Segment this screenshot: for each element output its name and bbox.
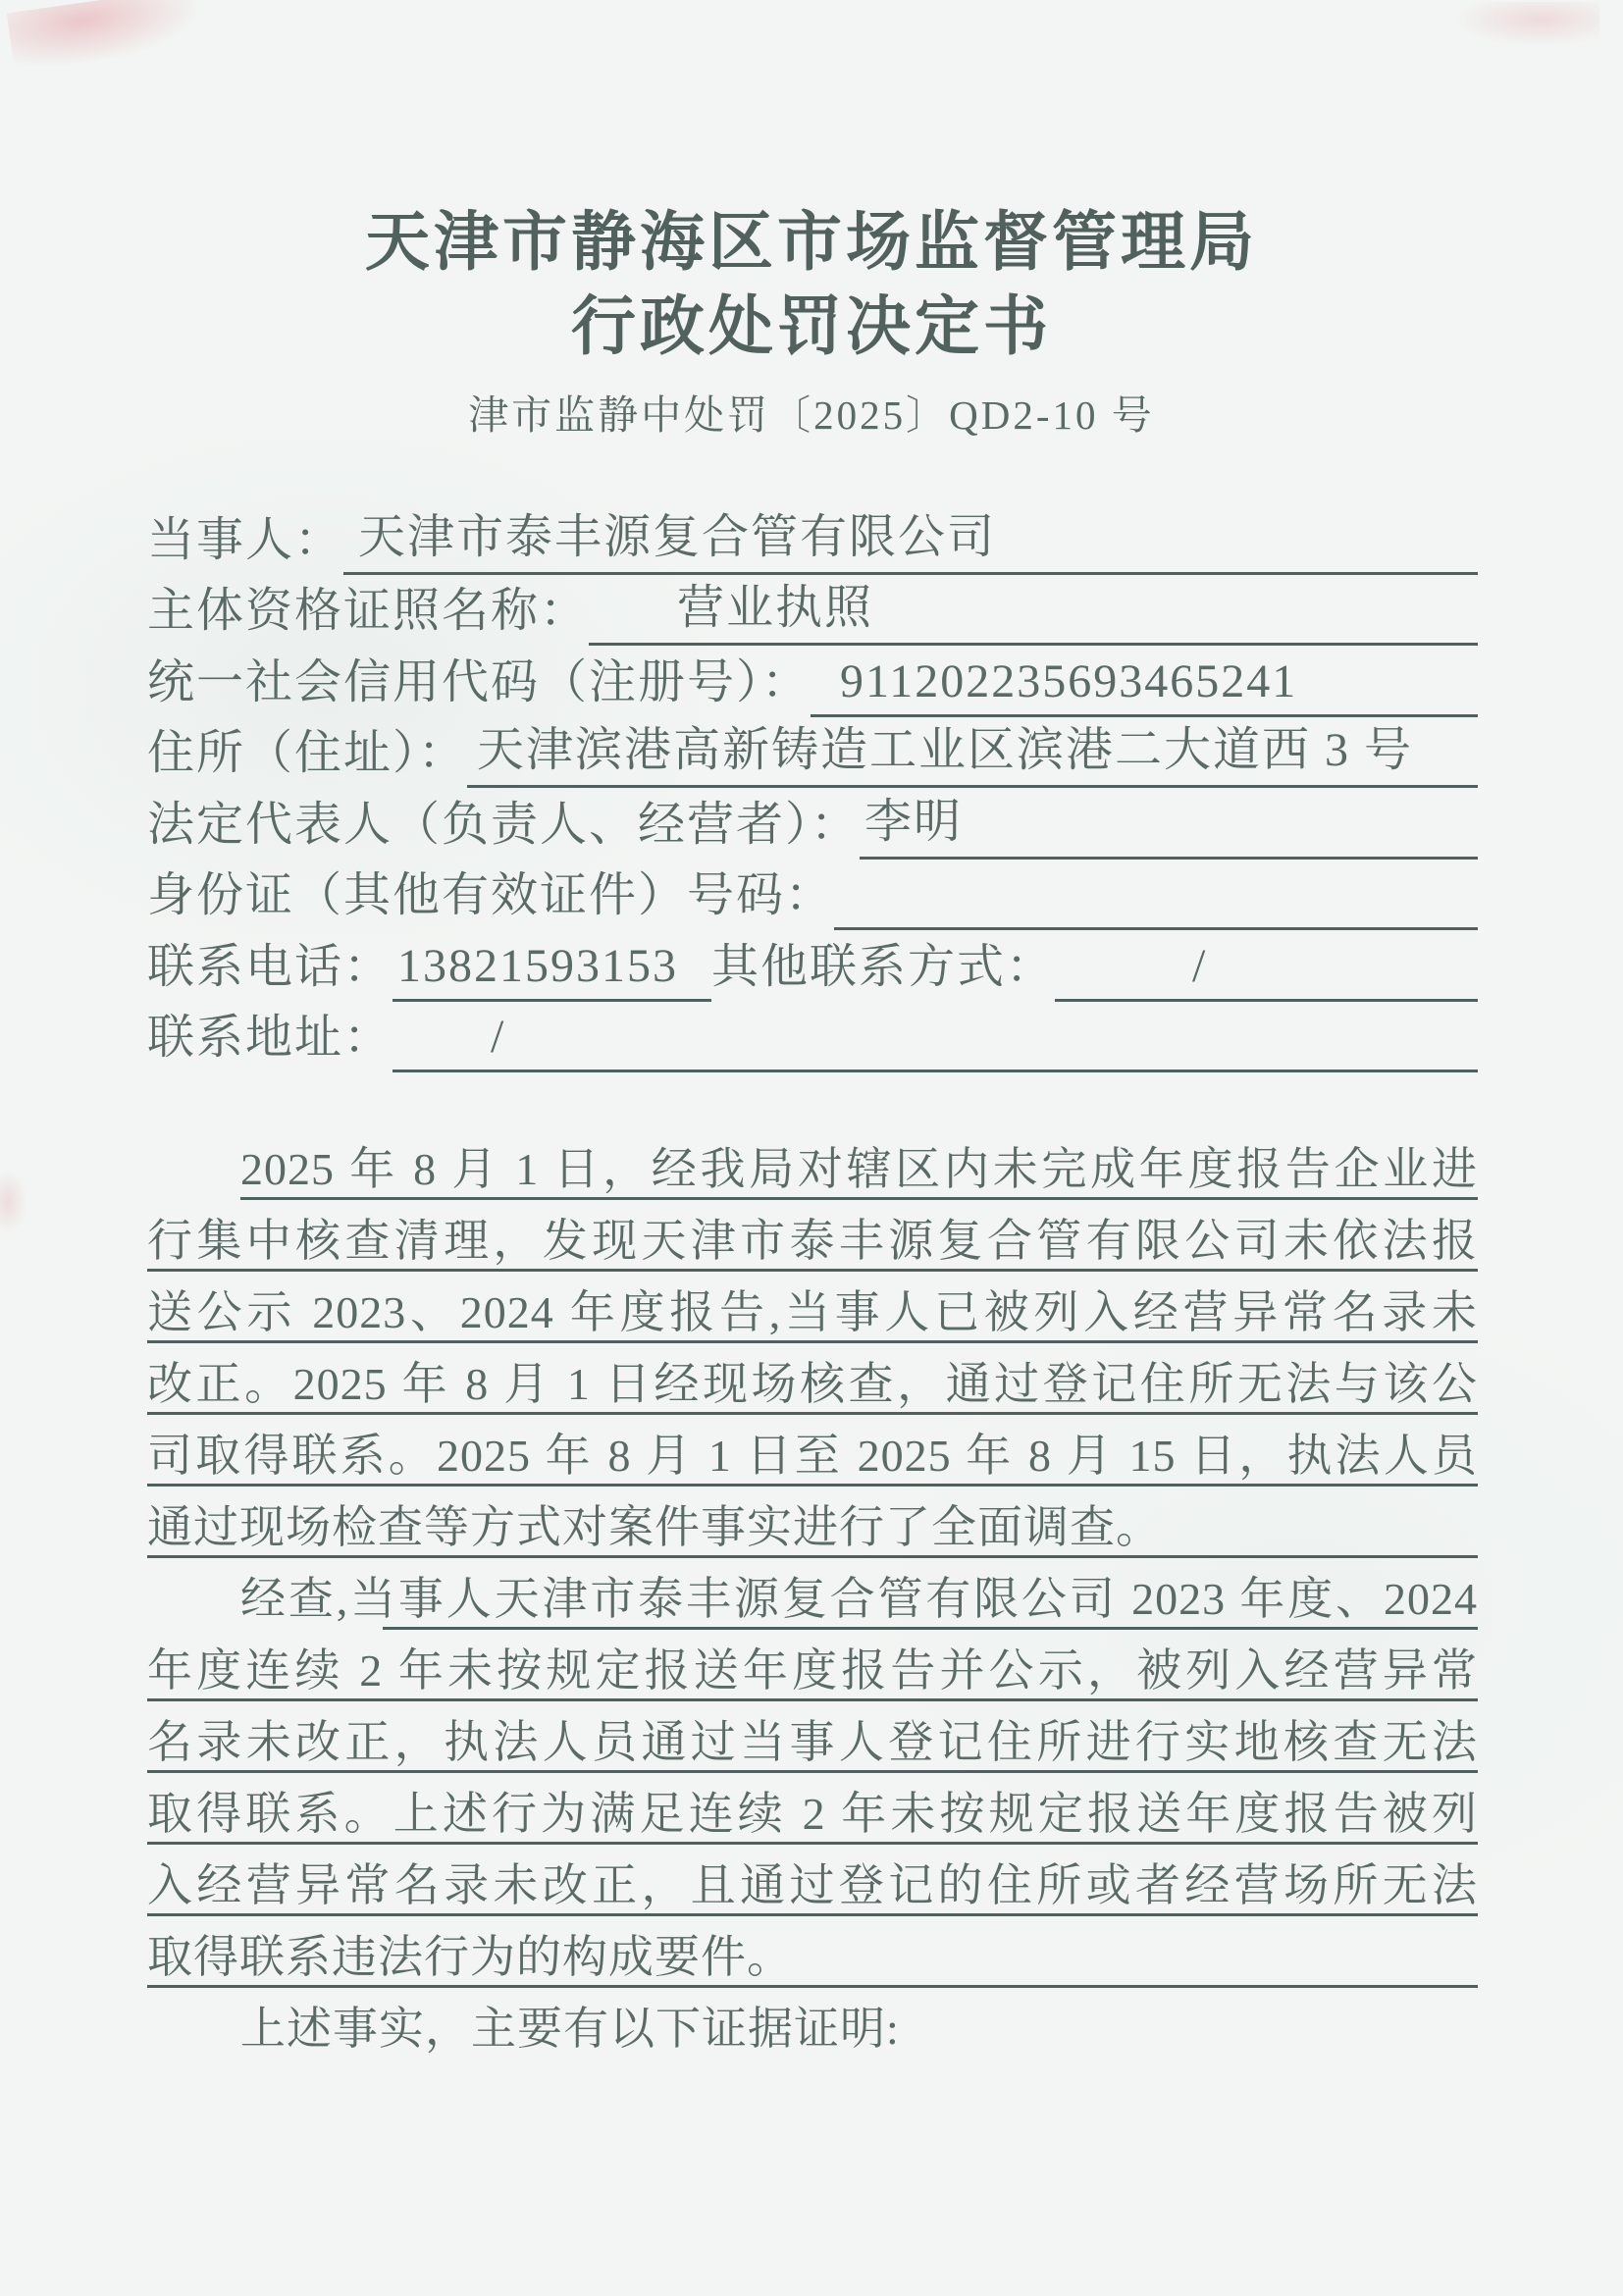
other-contact-value: / bbox=[1055, 939, 1478, 1002]
field-row-contact-address: 联系地址： / bbox=[147, 1002, 1478, 1073]
field-row-credit-code: 统一社会信用代码（注册号）： 911202235693465241 bbox=[147, 646, 1478, 717]
credit-code-label: 统一社会信用代码（注册号）： bbox=[147, 644, 811, 717]
body-line: 经查,当事人天津市泰丰源复合管有限公司 2023 年度、2024 bbox=[147, 1563, 1478, 1635]
phone-label: 联系电话： bbox=[147, 928, 393, 1002]
body-line: 名录未改正，执法人员通过当事人登记住所进行实地核查无法 bbox=[147, 1706, 1478, 1778]
legal-rep-label: 法定代表人（负责人、经营者）： bbox=[147, 786, 860, 860]
party-value: 天津市泰丰源复合管有限公司 bbox=[343, 498, 1478, 575]
body-line: 入经营异常名录未改正，且通过登记的住所或者经营场所无法 bbox=[147, 1850, 1478, 1921]
facts-paragraph-1: 2025 年 8 月 1 日，经我局对辖区内未完成年度报告企业进行集中核查清理，… bbox=[147, 1133, 1478, 1563]
id-number-label: 身份证（其他有效证件）号码： bbox=[147, 857, 834, 930]
document-title-authority: 天津市静海区市场监督管理局 bbox=[0, 201, 1623, 286]
body-line: 取得联系。上述行为满足连续 2 年未按规定报送年度报告被列 bbox=[147, 1778, 1478, 1850]
penalty-decision-document: 天津市静海区市场监督管理局 行政处罚决定书 津市监静中处罚〔2025〕QD2-1… bbox=[0, 0, 1623, 2296]
address-label: 住所（住址）： bbox=[147, 714, 467, 788]
field-row-party: 当事人： 天津市泰丰源复合管有限公司 bbox=[147, 503, 1478, 575]
party-info-section: 当事人： 天津市泰丰源复合管有限公司 主体资格证照名称： 营业执照 统一社会信用… bbox=[147, 503, 1478, 1072]
field-row-license-name: 主体资格证照名称： 营业执照 bbox=[147, 575, 1478, 647]
phone-value: 13821593153 bbox=[393, 939, 711, 1002]
scan-artifact bbox=[0, 1173, 26, 1231]
credit-code-value: 911202235693465241 bbox=[811, 654, 1478, 717]
contact-address-value: / bbox=[393, 1010, 1478, 1072]
document-number: 津市监静中处罚〔2025〕QD2-10 号 bbox=[0, 383, 1623, 441]
party-label: 当事人： bbox=[147, 501, 343, 575]
field-row-phone: 联系电话： 13821593153 其他联系方式： / bbox=[147, 930, 1478, 1002]
address-value: 天津滨港高新铸造工业区滨港二大道西 3 号 bbox=[467, 711, 1478, 788]
field-row-address: 住所（住址）： 天津滨港高新铸造工业区滨港二大道西 3 号 bbox=[147, 717, 1478, 789]
scan-artifact bbox=[7, 0, 200, 72]
body-line: 年度连续 2 年未按规定报送年度报告并公示，被列入经营异常 bbox=[147, 1635, 1478, 1706]
facts-paragraph-2: 经查,当事人天津市泰丰源复合管有限公司 2023 年度、2024年度连续 2 年… bbox=[147, 1563, 1478, 1993]
license-name-value: 营业执照 bbox=[589, 569, 1478, 646]
legal-rep-value: 李明 bbox=[860, 783, 1478, 860]
body-line: 改正。2025 年 8 月 1 日经现场核查，通过登记住所无法与该公 bbox=[147, 1348, 1478, 1420]
evidence-intro-paragraph: 上述事实，主要有以下证据证明: bbox=[147, 1993, 1478, 2064]
field-row-id-number: 身份证（其他有效证件）号码： bbox=[147, 860, 1478, 931]
document-title-type: 行政处罚决定书 bbox=[0, 286, 1623, 370]
body-line: 送公示 2023、2024 年度报告,当事人已被列入经营异常名录未 bbox=[147, 1277, 1478, 1348]
body-line: 行集中核查清理，发现天津市泰丰源复合管有限公司未依法报 bbox=[147, 1205, 1478, 1277]
contact-address-label: 联系地址： bbox=[147, 999, 393, 1072]
body-line: 通过现场检查等方式对案件事实进行了全面调查。 bbox=[147, 1491, 1478, 1563]
field-row-legal-rep: 法定代表人（负责人、经营者）： 李明 bbox=[147, 788, 1478, 860]
license-name-label: 主体资格证照名称： bbox=[147, 572, 589, 646]
body-line: 取得联系违法行为的构成要件。 bbox=[147, 1921, 1478, 1993]
other-contact-label: 其他联系方式： bbox=[711, 928, 1055, 1002]
body-line: 2025 年 8 月 1 日，经我局对辖区内未完成年度报告企业进 bbox=[147, 1133, 1478, 1205]
body-line: 上述事实，主要有以下证据证明: bbox=[147, 1993, 1478, 2064]
body-line: 司取得联系。2025 年 8 月 1 日至 2025 年 8 月 15 日，执法… bbox=[147, 1420, 1478, 1491]
scan-artifact bbox=[1452, 2, 1599, 46]
